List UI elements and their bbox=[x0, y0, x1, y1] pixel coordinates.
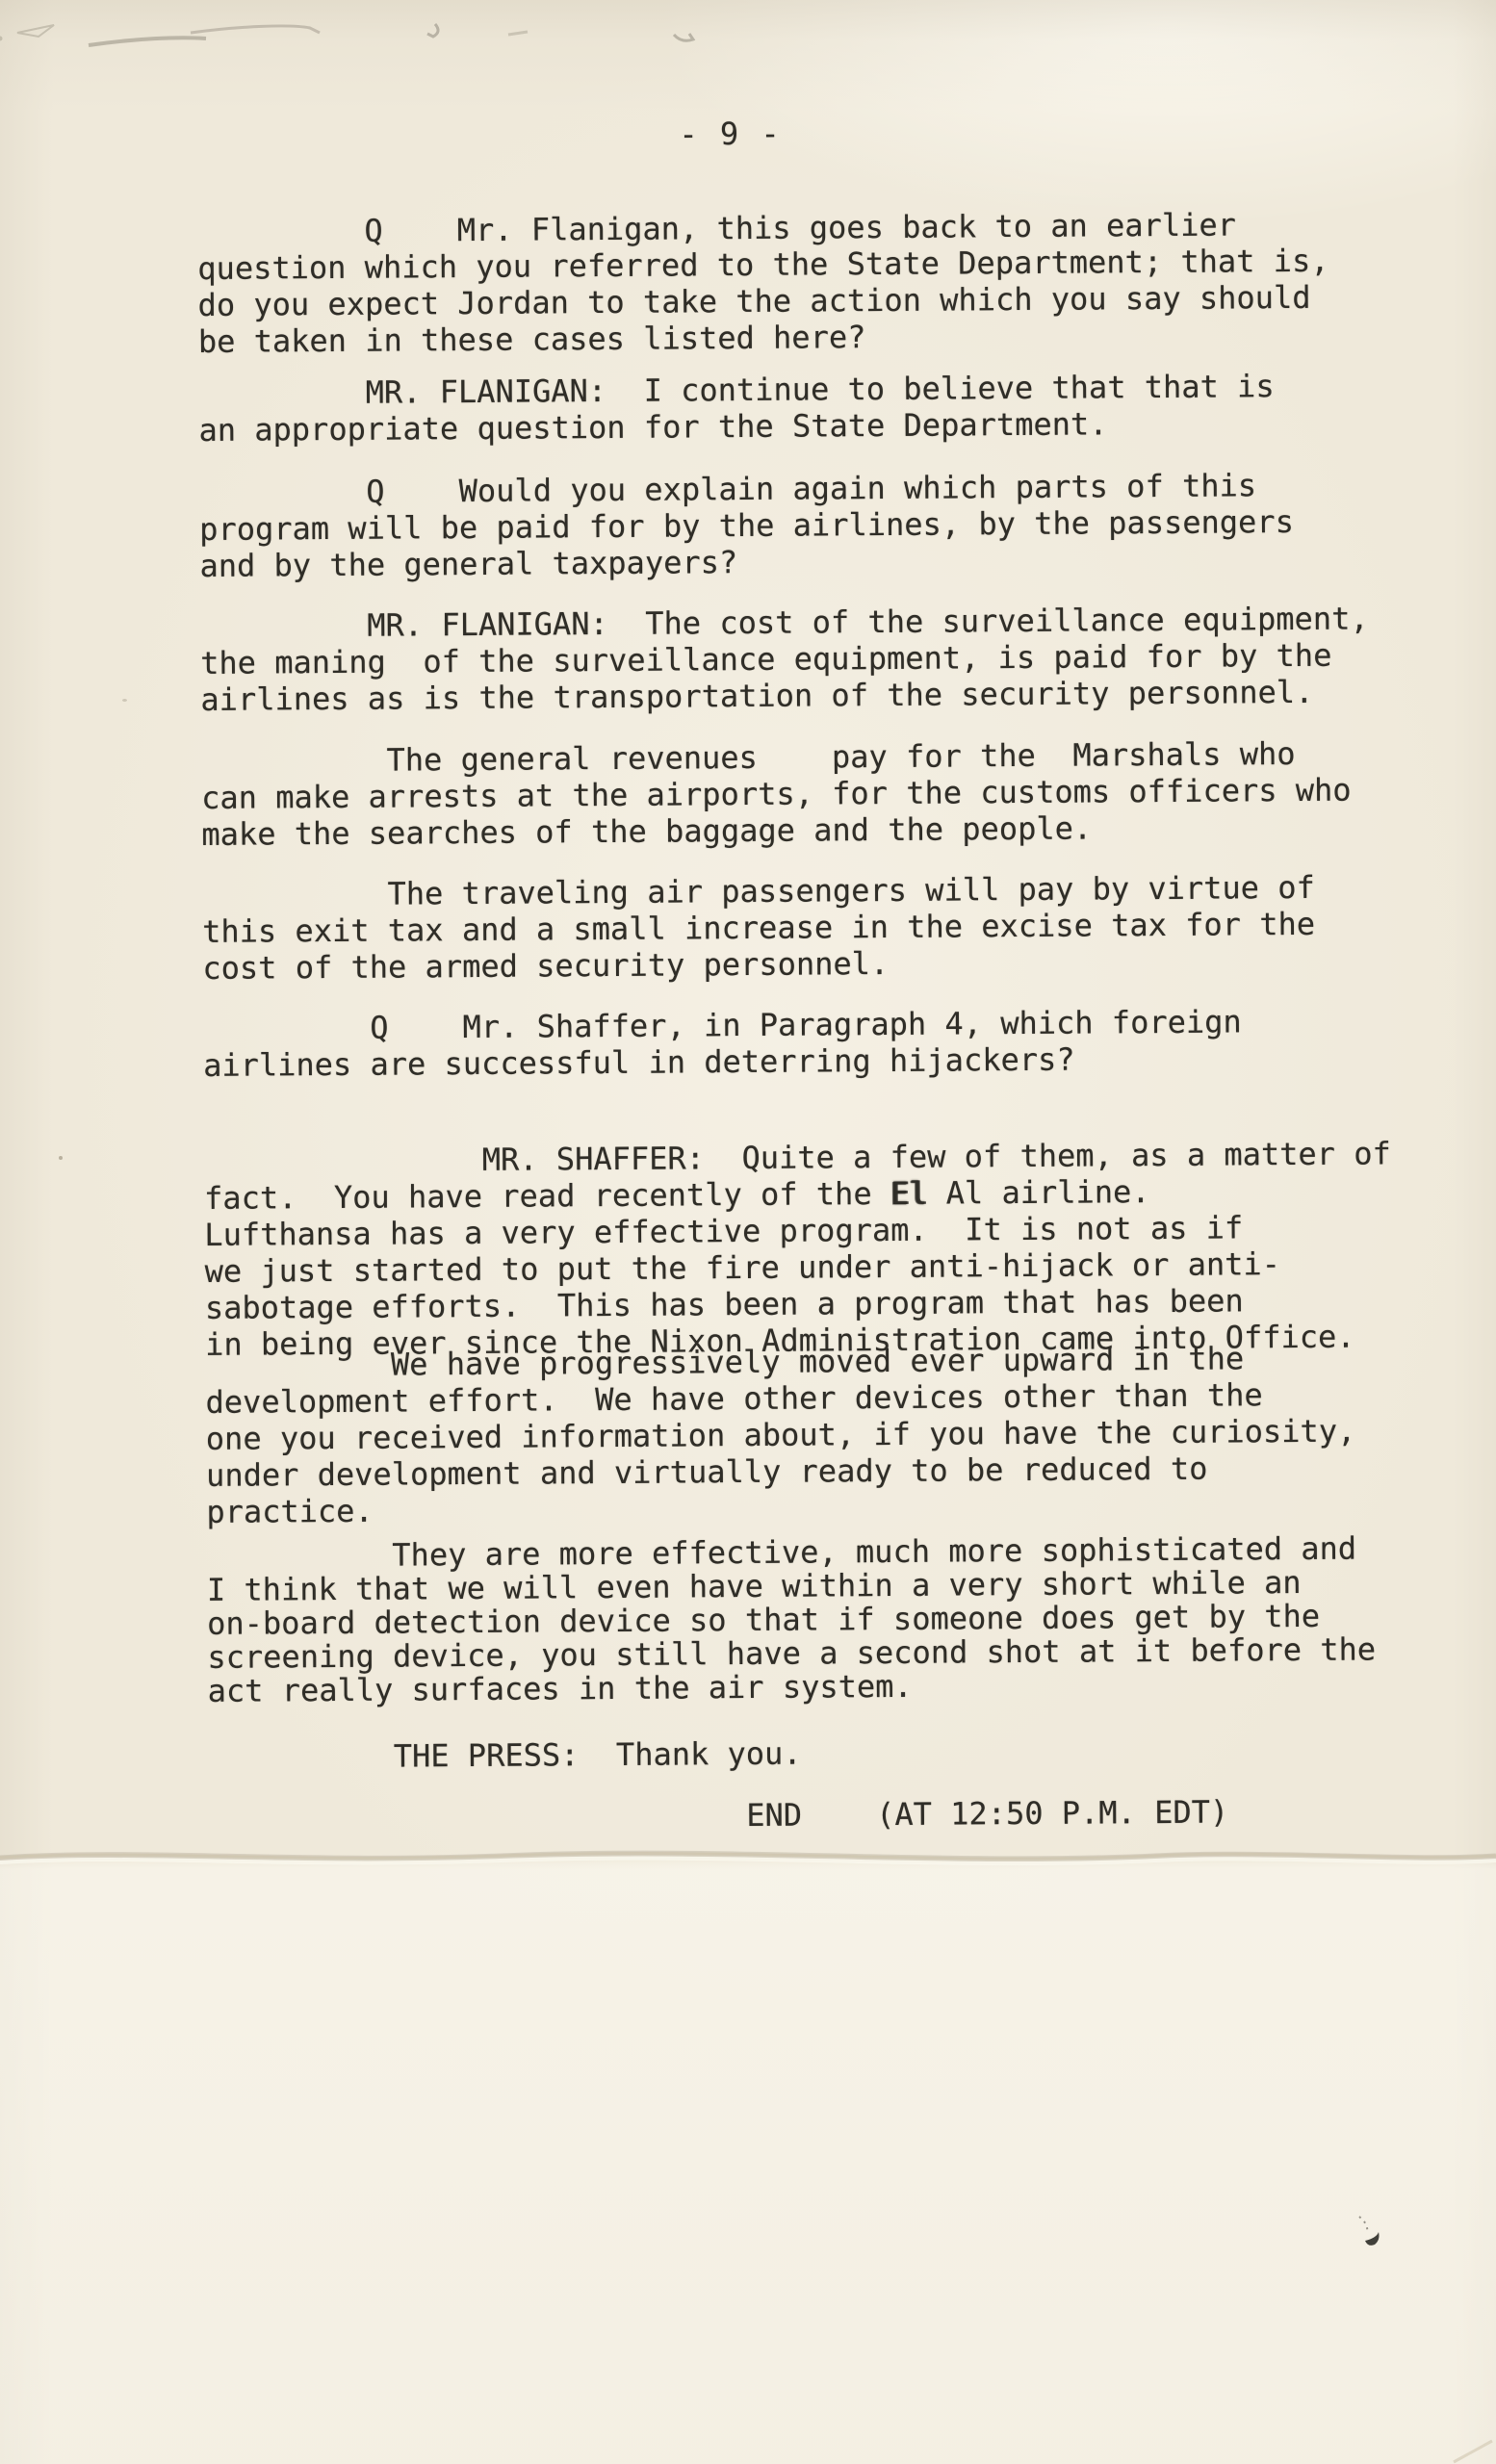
flanigan-surveillance-cost-reply: MR. FLANIGAN: The cost of the surveillan… bbox=[200, 600, 1370, 717]
general-revenues-paragraph: The general revenues pay for the Marshal… bbox=[201, 735, 1352, 853]
question-jordan-action: Q Mr. Flanigan, this goes back to an ear… bbox=[197, 206, 1329, 360]
page-number: - 9 - bbox=[679, 115, 782, 153]
press-thank-you-line: THE PRESS: Thank you. bbox=[208, 1735, 802, 1776]
end-time-line: END (AT 12:50 P.M. EDT) bbox=[208, 1794, 1228, 1837]
overstruck-el-al-text: El bbox=[890, 1175, 928, 1212]
scanned-transcript-page: - 9 - Q Mr. Flanigan, this goes back to … bbox=[0, 0, 1496, 2464]
passenger-tax-paragraph: The traveling air passengers will pay by… bbox=[202, 869, 1316, 987]
typewritten-text-layer: - 9 - Q Mr. Flanigan, this goes back to … bbox=[0, 0, 1496, 2464]
shaffer-reply-before-smudge: MR. SHAFFER: Quite a few of them, as a m… bbox=[204, 1135, 1391, 1217]
paper-speck bbox=[122, 699, 127, 702]
question-foreign-airlines: Q Mr. Shaffer, in Paragraph 4, which for… bbox=[203, 1003, 1242, 1084]
development-effort-paragraph: We have progressively moved ever upward … bbox=[205, 1340, 1356, 1530]
question-program-funding: Q Would you explain again which parts of… bbox=[199, 467, 1294, 584]
paper-speck bbox=[59, 1156, 63, 1160]
flanigan-state-department-reply: MR. FLANIGAN: I continue to believe that… bbox=[198, 368, 1275, 449]
detection-device-paragraph: They are more effective, much more sophi… bbox=[207, 1531, 1377, 1707]
